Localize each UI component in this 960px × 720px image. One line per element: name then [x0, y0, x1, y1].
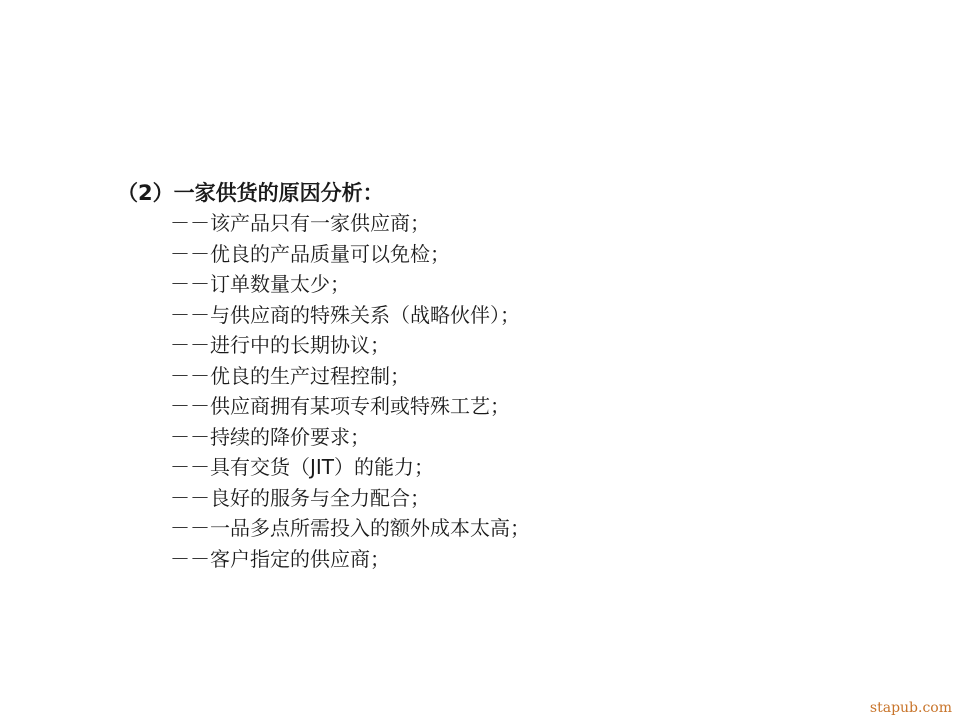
list-item: －－该产品只有一家供应商； — [170, 208, 530, 239]
dash-prefix: －－ — [170, 272, 210, 296]
dash-prefix: －－ — [170, 547, 210, 571]
list-item: －－良好的服务与全力配合； — [170, 483, 530, 514]
list-item-text: 供应商拥有某项专利或特殊工艺； — [210, 394, 510, 418]
list-item-text: 优良的产品质量可以免检； — [210, 242, 450, 266]
list-item-text: 优良的生产过程控制； — [210, 364, 410, 388]
list-item-text: 进行中的长期协议； — [210, 333, 390, 357]
list-item-text: 该产品只有一家供应商； — [210, 211, 430, 235]
dash-prefix: －－ — [170, 303, 210, 327]
list-item: －－优良的生产过程控制； — [170, 361, 530, 392]
watermark: stapub.com — [870, 700, 952, 716]
list-item: －－客户指定的供应商； — [170, 544, 530, 575]
reason-list: －－该产品只有一家供应商； －－优良的产品质量可以免检； －－订单数量太少； －… — [170, 208, 530, 574]
list-item-text: 一品多点所需投入的额外成本太高； — [210, 516, 530, 540]
list-item: －－订单数量太少； — [170, 269, 530, 300]
list-item: －－持续的降价要求； — [170, 422, 530, 453]
dash-prefix: －－ — [170, 364, 210, 388]
list-item-text: 具有交货（JIT）的能力； — [210, 455, 434, 479]
section-heading: （2）一家供货的原因分析： — [117, 179, 384, 207]
dash-prefix: －－ — [170, 455, 210, 479]
list-item: －－与供应商的特殊关系（战略伙伴）； — [170, 300, 530, 331]
dash-prefix: －－ — [170, 425, 210, 449]
dash-prefix: －－ — [170, 486, 210, 510]
list-item-text: 客户指定的供应商； — [210, 547, 390, 571]
list-item-text: 持续的降价要求； — [210, 425, 370, 449]
list-item: －－具有交货（JIT）的能力； — [170, 452, 530, 483]
list-item: －－供应商拥有某项专利或特殊工艺； — [170, 391, 530, 422]
dash-prefix: －－ — [170, 394, 210, 418]
dash-prefix: －－ — [170, 516, 210, 540]
list-item: －－优良的产品质量可以免检； — [170, 239, 530, 270]
list-item-text: 良好的服务与全力配合； — [210, 486, 430, 510]
list-item: －－一品多点所需投入的额外成本太高； — [170, 513, 530, 544]
dash-prefix: －－ — [170, 211, 210, 235]
dash-prefix: －－ — [170, 333, 210, 357]
list-item-text: 订单数量太少； — [210, 272, 350, 296]
slide: （2）一家供货的原因分析： －－该产品只有一家供应商； －－优良的产品质量可以免… — [0, 0, 960, 720]
list-item: －－进行中的长期协议； — [170, 330, 530, 361]
list-item-text: 与供应商的特殊关系（战略伙伴）； — [210, 303, 520, 327]
dash-prefix: －－ — [170, 242, 210, 266]
